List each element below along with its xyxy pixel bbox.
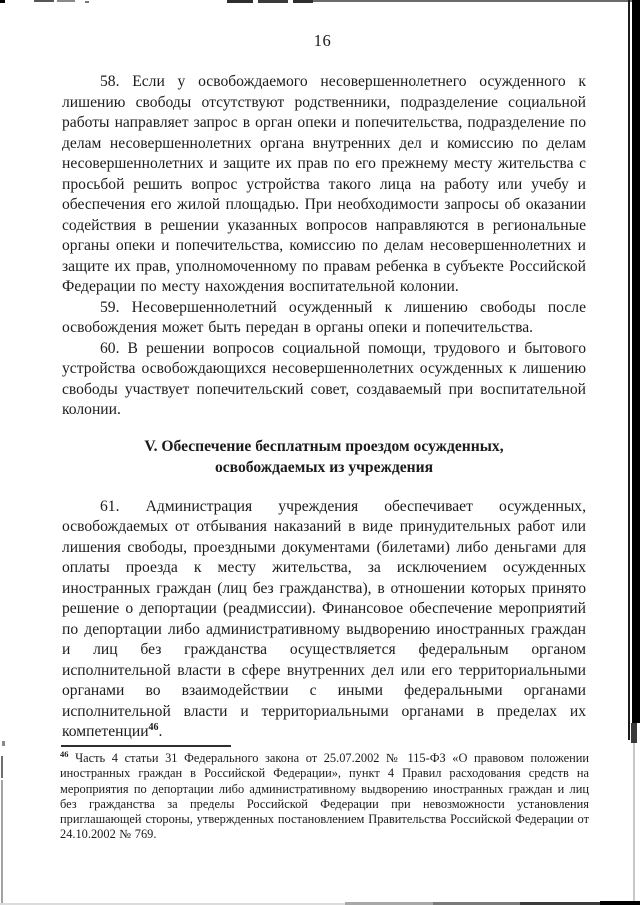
section-heading-line2: освобождаемых из учреждения xyxy=(62,457,586,478)
scan-edge-mark-left xyxy=(2,741,5,746)
scan-edge-mark-top xyxy=(57,0,75,2)
document-body: 58. Если у освобождаемого несовершенноле… xyxy=(62,72,586,743)
page-number: 16 xyxy=(0,31,640,51)
scan-edge-mark-top xyxy=(313,0,640,2)
scan-edge-mark-top xyxy=(0,0,5,3)
scan-edge-mark-bottom xyxy=(600,901,640,905)
scan-edge-mark-top xyxy=(34,0,54,2)
section-heading-line1: V. Обеспечение бесплатным проездом осужд… xyxy=(62,436,586,457)
scan-edge-line-right xyxy=(628,0,630,740)
paragraph-61-tail: . xyxy=(159,723,163,740)
scan-edge-mark-right xyxy=(633,743,635,905)
paragraph-61-text: 61. Администрация учреждения обеспечивае… xyxy=(62,498,586,741)
paragraph-59: 59. Несовершеннолетний осужденный к лише… xyxy=(62,298,586,339)
scan-edge-line-left xyxy=(1,780,3,905)
scanned-document-page: 16 58. Если у освобождаемого несовершенн… xyxy=(0,0,640,905)
scan-edge-mark-right xyxy=(631,723,637,743)
scan-edge-mark-top xyxy=(258,0,288,3)
footnote-separator xyxy=(61,745,231,747)
section-heading: V. Обеспечение бесплатным проездом осужд… xyxy=(62,436,586,478)
footnote-46: 46 Часть 4 статьи 31 Федерального закона… xyxy=(60,751,589,843)
footnote-reference: 46 xyxy=(149,722,159,733)
scan-edge-mark-top xyxy=(293,0,313,3)
scan-edge-bar-right xyxy=(632,0,640,723)
footnote-text: Часть 4 статьи 31 Федерального закона от… xyxy=(60,751,589,841)
paragraph-60: 60. В решении вопросов социальной помощи… xyxy=(62,339,586,421)
scan-edge-line-left xyxy=(1,756,3,778)
paragraph-58: 58. Если у освобождаемого несовершенноле… xyxy=(62,72,586,298)
scan-edge-mark-top xyxy=(227,0,253,3)
scan-edge-mark-top xyxy=(85,1,89,3)
paragraph-61: 61. Администрация учреждения обеспечивае… xyxy=(62,497,586,743)
footnote-marker: 46 xyxy=(60,749,69,759)
